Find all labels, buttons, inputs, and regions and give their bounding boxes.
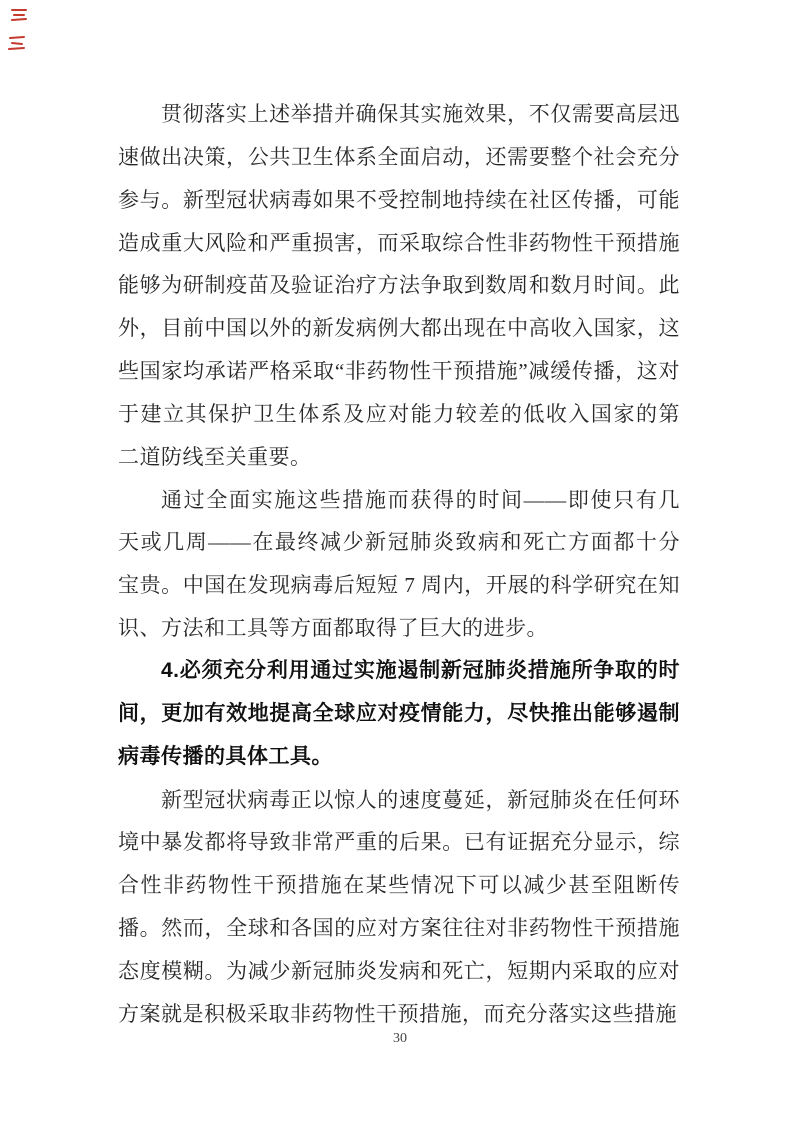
text-line: 些国家均承诺严格采取“非药物性干预措施”减缓传播，这对	[118, 350, 680, 393]
heading-line: 间，更加有效地提高全球应对疫情能力，尽快推出能够遏制	[118, 693, 680, 736]
red-scribble-top-icon	[4, 4, 34, 60]
section-heading-4: 4.必须充分利用通过实施遏制新冠肺炎措施所争取的时 间，更加有效地提高全球应对疫…	[118, 650, 680, 779]
page-text-block: 贯彻落实上述举措并确保其实施效果，不仅需要高层迅 速做出决策，公共卫生体系全面启…	[118, 93, 680, 1036]
paragraph-1: 贯彻落实上述举措并确保其实施效果，不仅需要高层迅 速做出决策，公共卫生体系全面启…	[118, 93, 680, 479]
heading-line: 4.必须充分利用通过实施遏制新冠肺炎措施所争取的时	[118, 650, 680, 693]
text-line: 方案就是积极采取非药物性干预措施，而充分落实这些措施	[118, 993, 680, 1036]
text-line: 新型冠状病毒正以惊人的速度蔓延，新冠肺炎在任何环	[118, 779, 680, 822]
text-line: 态度模糊。为减少新冠肺炎发病和死亡，短期内采取的应对	[118, 950, 680, 993]
text-line: 宝贵。中国在发现病毒后短短 7 周内，开展的科学研究在知	[118, 564, 680, 607]
text-line: 速做出决策，公共卫生体系全面启动，还需要整个社会充分	[118, 136, 680, 179]
paragraph-2: 通过全面实施这些措施而获得的时间——即使只有几 天或几周——在最终减少新冠肺炎致…	[118, 479, 680, 650]
text-line: 参与。新型冠状病毒如果不受控制地持续在社区传播，可能	[118, 179, 680, 222]
document-page: 贯彻落实上述举措并确保其实施效果，不仅需要高层迅 速做出决策，公共卫生体系全面启…	[0, 0, 800, 1131]
red-annotation-marks	[4, 4, 34, 60]
text-line: 造成重大风险和严重损害，而采取综合性非药物性干预措施	[118, 222, 680, 265]
text-line: 播。然而，全球和各国的应对方案往往对非药物性干预措施	[118, 907, 680, 950]
text-line: 贯彻落实上述举措并确保其实施效果，不仅需要高层迅	[118, 93, 680, 136]
text-line: 境中暴发都将导致非常严重的后果。已有证据充分显示，综	[118, 821, 680, 864]
text-line: 通过全面实施这些措施而获得的时间——即使只有几	[118, 479, 680, 522]
heading-line: 病毒传播的具体工具。	[118, 736, 680, 779]
paragraph-3: 新型冠状病毒正以惊人的速度蔓延，新冠肺炎在任何环 境中暴发都将导致非常严重的后果…	[118, 779, 680, 1036]
text-line: 于建立其保护卫生体系及应对能力较差的低收入国家的第	[118, 393, 680, 436]
text-line: 外，目前中国以外的新发病例大都出现在中高收入国家，这	[118, 307, 680, 350]
text-line: 合性非药物性干预措施在某些情况下可以减少甚至阻断传	[118, 864, 680, 907]
page-number: 30	[0, 1031, 800, 1047]
text-line: 识、方法和工具等方面都取得了巨大的进步。	[118, 607, 680, 650]
text-line: 能够为研制疫苗及验证治疗方法争取到数周和数月时间。此	[118, 264, 680, 307]
text-line: 天或几周——在最终减少新冠肺炎致病和死亡方面都十分	[118, 521, 680, 564]
text-line: 二道防线至关重要。	[118, 436, 680, 479]
